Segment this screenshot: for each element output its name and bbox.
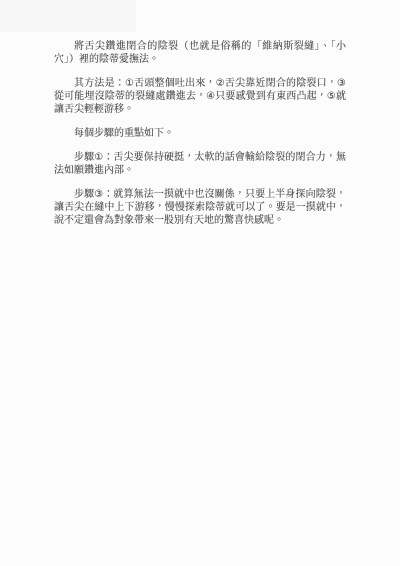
paragraph: 每個步驟的重點如下。	[54, 127, 346, 140]
paragraph: 將舌尖鑽進閉合的陰裂（也就是俗稱的「維納斯裂縫」、「小穴」）裡的陰蒂愛撫法。	[54, 40, 346, 66]
text-block: 將舌尖鑽進閉合的陰裂（也就是俗稱的「維納斯裂縫」、「小穴」）裡的陰蒂愛撫法。 其…	[54, 40, 346, 238]
paragraph: 步驟③：就算無法一摸就中也沒關係，只要上半身探向陰裂，讓舌尖在縫中上下游移，慢慢…	[54, 188, 346, 227]
paragraph: 步驟①：舌尖要保持硬挺，太軟的話會輸給陰裂的閉合力，無法如願鑽進內部。	[54, 151, 346, 177]
paragraph: 其方法是：①舌頭整個吐出來，②舌尖靠近閉合的陰裂口，③從可能埋沒陰蒂的裂縫處鑽進…	[54, 77, 346, 116]
scan-shadow-artifact	[0, 0, 136, 32]
document-page: 將舌尖鑽進閉合的陰裂（也就是俗稱的「維納斯裂縫」、「小穴」）裡的陰蒂愛撫法。 其…	[0, 0, 400, 566]
